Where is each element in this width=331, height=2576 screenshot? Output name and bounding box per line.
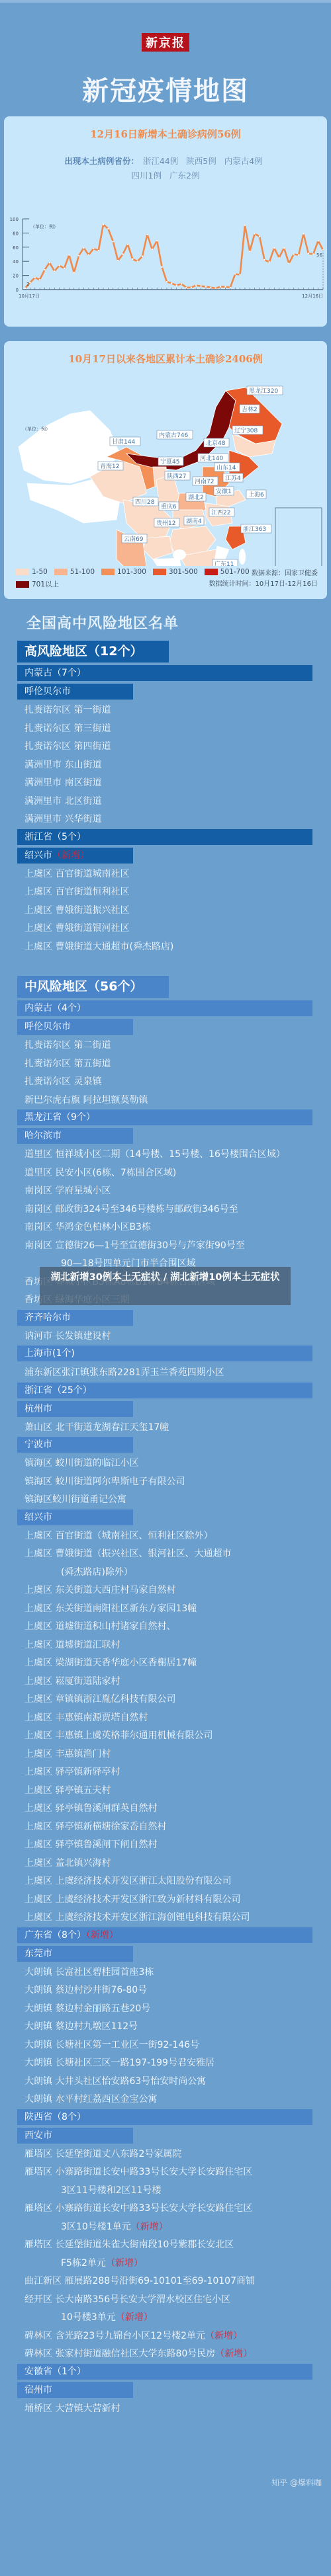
list-item: 扎赉诺尔区 第二街道 [17, 1037, 331, 1055]
area-name: 经开区 长大南路356号长安大学渭水校区住宅小区 [24, 2294, 230, 2305]
area-name: 大朗镇 大井头社区怡安路63号怡安时尚公寓 [24, 2076, 206, 2087]
svg-text:上海6: 上海6 [248, 491, 264, 499]
svg-text:（单位：例）: （单位：例） [30, 223, 58, 229]
area-name: 上虞区 驿亭镇新驿亭村 [24, 1767, 120, 1777]
province-count: 广东2例 [169, 171, 199, 181]
svg-text:江西22: 江西22 [211, 509, 230, 516]
legend-label: 701以上 [32, 579, 59, 589]
list-item: 经开区 长大南路356号长安大学渭水校区住宅小区10号楼3单元（新增） [17, 2291, 331, 2327]
list-item: 上虞区 上虞经济技术开发区浙江致为新材料有限公司 [17, 1891, 331, 1910]
svg-text:100: 100 [10, 217, 19, 222]
list-item: 埇桥区 大营镇大营新村 [17, 2400, 331, 2419]
list-item: 雁塔区 小寨路街道长安中路33号长安大学长安路住宅区3区10号楼1单元（新增） [17, 2200, 331, 2236]
svg-text:湖南4: 湖南4 [186, 517, 202, 525]
data-period-text: 数据统计时间：10月17日-12月16日 [209, 579, 318, 590]
svg-text:河南72: 河南72 [195, 477, 214, 485]
list-item: 上虞区 驿亭镇五夫村 [17, 1782, 331, 1800]
caption-overlay: 湖北新增30例本土无症状 / 湖北新增10例本土无症状 [40, 1267, 291, 1305]
province-header: 广东省（8个）（新增） [17, 1927, 312, 1943]
new-badge: （新增） [116, 2312, 153, 2323]
list-item: 新巴尔虎右旗 阿拉坦额莫勒镇 [17, 1092, 331, 1110]
svg-text:四川28: 四川28 [135, 499, 155, 506]
province-count: 内蒙古4例 [224, 156, 263, 166]
data-source: 数据来源：国家卫健委 数据统计时间：10月17日-12月16日 [209, 569, 318, 590]
area-name: 上虞区 东关街道南阳社区新东方家园13幢 [24, 1603, 197, 1614]
list-item: 南岗区 邮政街324号至346号楼栋与邮政街346号至 [17, 1201, 331, 1219]
svg-text:2: 2 [26, 282, 29, 287]
svg-text:青海12: 青海12 [100, 462, 119, 470]
svg-text:江苏4: 江苏4 [225, 474, 241, 482]
area-name: 上虞区 上虞经济技术开发区浙江海创锂电科技有限公司 [24, 1912, 250, 1923]
province-count: 四川1例 [132, 171, 162, 181]
area-name: 镇海区蛟川街道甬记公寓 [24, 1494, 126, 1505]
area-name: 镇海区 蛟川街道的临江小区 [24, 1458, 138, 1469]
list-item: 上虞区 丰惠镇上虞英格菲尔通用机械有限公司 [17, 1727, 331, 1746]
list-item: 上虞区 东关街道南阳社区新东方家园13幢 [17, 1600, 331, 1619]
map-label: 贵州12 [154, 518, 179, 527]
svg-text:80: 80 [13, 231, 19, 236]
city-header: 宁波市 [17, 1437, 133, 1453]
risk-area-list: 全国高中风险地区名单 高风险地区（12个）内蒙古（7个）呼伦贝尔市扎赉诺尔区 第… [0, 599, 331, 2511]
legend-item: 1-50 [16, 568, 48, 576]
area-name: 埇桥区 大营镇大营新村 [24, 2403, 120, 2414]
list-item: 上虞区 百官街道（城南社区、恒利社区除外） [17, 1527, 331, 1546]
new-badge: （新增） [205, 2331, 242, 2341]
province-count: 陕西5例 [186, 156, 216, 166]
area-name-continued: 3区11号楼和2区11号楼 [24, 2182, 331, 2200]
list-item: 大朗镇 长塘社区三区一路197-199号君安雅居 [17, 2054, 331, 2073]
legend-label: 51-100 [70, 568, 95, 576]
svg-text:湖北2: 湖北2 [188, 493, 204, 501]
svg-text:40: 40 [13, 259, 19, 264]
area-name: 满洲里市 东山街道 [24, 760, 101, 770]
list-item: 扎赉诺尔区 第四街道 [17, 738, 331, 756]
legend-label: 101-300 [117, 568, 146, 576]
list-item: 雁塔区 小寨路街道长安中路33号长安大学长安路住宅区3区11号楼和2区11号楼 [17, 2163, 331, 2200]
svg-text:贵州12: 贵州12 [156, 519, 175, 527]
area-name-continued: 10号楼3单元（新增） [24, 2309, 331, 2327]
area-name-continued: 3区10号楼1单元（新增） [24, 2218, 331, 2237]
list-item: 碑林区 含光路23号九锦台小区12号楼2单元（新增） [17, 2327, 331, 2346]
map-label: 辽宁308 [232, 426, 263, 434]
map-label: 河北140 [198, 454, 228, 462]
province-count: 浙江44例 [143, 156, 178, 166]
new-badge: （新增） [86, 1930, 118, 1941]
svg-text:内蒙古746: 内蒙古746 [159, 431, 188, 439]
province-header: 上海市(1个) [17, 1346, 312, 1361]
list-item: 满洲里市 东山街道 [17, 756, 331, 775]
list-item: 大朗镇 蔡边村沙井街76-80号 [17, 1982, 331, 2000]
list-item: 上虞区 曹娥街道（振兴社区、银河社区、大通超市(舜杰路店)除外） [17, 1545, 331, 1582]
data-source-text: 数据来源：国家卫健委 [209, 569, 318, 579]
area-name: 上虞区 百官街道城南社区 [24, 869, 129, 879]
province-header: 安徽省（1个） [17, 2364, 312, 2380]
map-label: 四川28 [133, 497, 158, 506]
list-item: 道里区 民安小区(6栋、7栋围合区域) [17, 1164, 331, 1183]
list-item: 上虞区 曹娥街道大通超市(舜杰路店) [17, 938, 331, 957]
list-item: 上虞区 曹娥街道银河社区 [17, 920, 331, 938]
section-gap [17, 956, 331, 976]
legend-swatch [54, 569, 68, 575]
svg-text:云南69: 云南69 [124, 535, 144, 543]
svg-text:10月17日: 10月17日 [19, 294, 40, 299]
city-header: 绍兴市 [17, 1509, 133, 1525]
list-item: 浦东新区张江镇张东路2281弄玉兰香苑四期小区 [17, 1364, 331, 1383]
map-label: 山东14 [214, 463, 240, 471]
city-header: 杭州市 [17, 1401, 133, 1417]
area-name: 上虞区 曹娥街道大通超市(舜杰路店) [24, 942, 173, 952]
area-name: 萧山区 北干街道龙湖春江天玺17幢 [24, 1422, 169, 1433]
cumulative-map-title: 10月17日以来各地区累计本土确诊2406例 [4, 341, 327, 366]
province-breakdown-label: 出现本土病例省份： [64, 156, 139, 166]
high-risk-header: 高风险地区（12个） [17, 641, 169, 663]
map-label: 甘肃144 [110, 437, 140, 446]
list-item: 上虞区 丰惠镇渔门村 [17, 1746, 331, 1764]
svg-text:0: 0 [16, 288, 19, 293]
area-name: 大朗镇 蔡边村沙井街76-80号 [24, 1985, 147, 1995]
map-label: 江苏4 [223, 473, 243, 482]
map-label: 湖北2 [186, 493, 206, 501]
area-name: 新巴尔虎右旗 阿拉坦额莫勒镇 [24, 1095, 148, 1106]
list-item: 扎赉诺尔区 灵泉镇 [17, 1073, 331, 1092]
map-label: 内蒙古746 [157, 430, 193, 439]
bottom-space [17, 2418, 331, 2511]
list-item: 上虞区 道墟街道汇联村 [17, 1636, 331, 1655]
list-item: 上虞区 道墟街道积山村诸家自然村、 [17, 1618, 331, 1636]
map-label: 吉林2 [240, 405, 260, 413]
area-name: 道里区 民安小区(6栋、7栋围合区域) [24, 1168, 176, 1178]
area-name: 大朗镇 水平村红荔西区金宝公寓 [24, 2094, 157, 2105]
area-name: 上虞区 驿亭镇五夫村 [24, 1785, 111, 1796]
legend-item: 301-500 [153, 568, 198, 576]
area-name: 上虞区 百官街道恒利社区 [24, 887, 129, 897]
area-name: 满洲里市 南区街道 [24, 778, 101, 788]
area-name: 碑林区 张家村街道融信社区大学东路80号民房 [24, 2349, 215, 2359]
area-name: 上虞区 驿亭镇鲁溪闸下闸自然村 [24, 1839, 157, 1850]
area-name: 雁塔区 长延堡街道朱雀大街南段10号紫郡长安北区 [24, 2239, 234, 2250]
mid-risk-section: 中风险地区（56个）内蒙古（4个）呼伦贝尔市扎赉诺尔区 第二街道扎赉诺尔区 第五… [17, 976, 331, 2418]
list-item: 大朗镇 蔡边村金丽路五巷20号 [17, 2000, 331, 2019]
map-label: 黑龙江320 [247, 386, 283, 395]
list-item: 大朗镇 大井头社区怡安路63号怡安时尚公寓 [17, 2073, 331, 2091]
brand-wrap: 新京报 [0, 3, 331, 50]
area-name: 上虞区 曹娥街道振兴社区 [24, 905, 129, 916]
map-region [143, 536, 173, 559]
area-name: 扎赉诺尔区 第二街道 [24, 1040, 111, 1051]
area-name: 满洲里市 兴华街道 [24, 814, 101, 825]
area-name: 上虞区 丰惠镇渔门村 [24, 1749, 111, 1759]
area-name: 扎赉诺尔区 第四街道 [24, 741, 111, 752]
area-name: 大朗镇 蔡边村金丽路五巷20号 [24, 2003, 150, 2014]
svg-text:北京48: 北京48 [206, 439, 226, 447]
area-name: 上虞区 丰惠镇上虞英格菲尔通用机械有限公司 [24, 1730, 213, 1741]
map-label: 广东11 [213, 559, 238, 566]
svg-text:陕西27: 陕西27 [167, 472, 186, 480]
list-item: 扎赉诺尔区 第五街道 [17, 1055, 331, 1074]
mid-risk-header: 中风险地区（56个） [17, 976, 169, 998]
map-label: 北京48 [204, 438, 229, 447]
svg-text:安徽1: 安徽1 [216, 487, 232, 495]
legend-item: 701以上 [16, 579, 59, 589]
area-name: 大朗镇 长塘社区三区一路197-199号君安雅居 [24, 2058, 214, 2068]
province-header: 黑龙江省（9个） [17, 1109, 312, 1125]
legend-item: 51-100 [54, 568, 95, 576]
list-item: 讷河市 长发镇建设村 [17, 1328, 331, 1346]
legend-item: 101-300 [101, 568, 146, 576]
risk-list-title: 全国高中风险地区名单 [26, 612, 331, 633]
high-risk-section: 高风险地区（12个）内蒙古（7个）呼伦贝尔市扎赉诺尔区 第一街道扎赉诺尔区 第三… [17, 641, 331, 956]
map-label: 浙江363 [241, 524, 271, 533]
area-name: 上虞区 上虞经济技术开发区浙江致为新材料有限公司 [24, 1894, 240, 1905]
area-name: 上虞区 上虞经济技术开发区浙江太阳股份有限公司 [24, 1876, 231, 1886]
watermark: 知乎 @爆料咖 [271, 2477, 322, 2488]
area-name: 大朗镇 长富社区碧桂园首座3栋 [24, 1967, 154, 1978]
city-header: 宿州市 [17, 2382, 133, 2398]
area-name: 上虞区 章镇镇浙江胤亿科技有限公司 [24, 1694, 175, 1705]
area-name: 上虞区 梁湖街道天香华庭小区香榭居17幢 [24, 1658, 197, 1668]
list-item: 曲江新区 雁展路288号沿街69-10101至69-10107商铺 [17, 2273, 331, 2291]
city-header: 东莞市 [17, 1946, 133, 1962]
province-breakdown: 出现本土病例省份：浙江44例陕西5例内蒙古4例 四川1例广东2例 [4, 154, 327, 183]
city-header: 西安市 [17, 2128, 133, 2144]
list-item: 满洲里市 兴华街道 [17, 811, 331, 829]
province-header: 浙江省（25个） [17, 1383, 312, 1398]
svg-text:20: 20 [13, 274, 19, 279]
area-name: 上虞区 曹娥街道（振兴社区、银河社区、大通超市 [24, 1549, 231, 1559]
area-name: 上虞区 东关街道大西庄村马家自然村 [24, 1585, 175, 1595]
list-item: 上虞区 驿亭镇新横塘徐家岙自然村 [17, 1818, 331, 1837]
area-name-continued: (舜杰路店)除外） [24, 1564, 331, 1582]
map-label: 安徽1 [214, 487, 234, 495]
svg-text:（单位：例）: （单位：例） [23, 426, 50, 432]
area-name: 上虞区 丰惠镇南源贾塔自然村 [24, 1712, 148, 1723]
new-badge: （新增） [131, 2222, 168, 2232]
map-label: 河南72 [193, 477, 218, 485]
area-name: 道里区 恒祥城小区二期（14号楼、15号楼、16号楼围合区域） [24, 1149, 285, 1160]
list-item: 上虞区 驿亭镇鲁溪闸下闸自然村 [17, 1836, 331, 1855]
svg-text:河北140: 河北140 [200, 454, 223, 462]
list-item: 满洲里市 北区街道 [17, 793, 331, 811]
legend-label: 1-50 [32, 568, 48, 576]
svg-text:黑龙江320: 黑龙江320 [249, 387, 278, 395]
list-item: 上虞区 章镇镇浙江胤亿科技有限公司 [17, 1691, 331, 1709]
map-legend-row2: 701以上 [16, 579, 66, 589]
area-name: 讷河市 长发镇建设村 [24, 1331, 111, 1342]
area-name: 扎赉诺尔区 灵泉镇 [24, 1076, 101, 1087]
map-label: 青海12 [98, 462, 123, 470]
legend-label: 301-500 [169, 568, 198, 576]
area-name: 扎赉诺尔区 第三街道 [24, 723, 111, 734]
legend-swatch [16, 569, 29, 575]
list-item: 上虞区 上虞经济技术开发区浙江太阳股份有限公司 [17, 1872, 331, 1891]
area-name: 扎赉诺尔区 第五街道 [24, 1059, 111, 1069]
area-name: 南岗区 邮政街324号至346号楼栋与邮政街346号至 [24, 1204, 238, 1215]
map-label: 重庆6 [159, 502, 179, 510]
svg-text:辽宁308: 辽宁308 [234, 426, 258, 434]
svg-text:宁夏45: 宁夏45 [160, 458, 179, 465]
area-name: 曲江新区 雁展路288号沿街69-10101至69-10107商铺 [24, 2276, 255, 2286]
china-choropleth-map: （单位：例）黑龙江320吉林2辽宁308内蒙古746甘肃144北京48宁夏45河… [4, 368, 327, 566]
list-item: 上虞区 梁湖街道天香华庭小区香榭居17幢 [17, 1654, 331, 1673]
svg-text:浙江363: 浙江363 [243, 525, 266, 533]
area-name: 上虞区 道墟街道汇联村 [24, 1640, 120, 1650]
area-name: 南岗区 学府星城小区 [24, 1186, 111, 1196]
city-header: 呼伦贝尔市 [17, 1019, 133, 1035]
list-item: 雁塔区 长延堡街道丈八东路2号家属院 [17, 2146, 331, 2164]
province-header: 内蒙古（4个） [17, 1000, 312, 1016]
list-item: 上虞区 驿亭镇鲁溪闸群英自然村 [17, 1800, 331, 1818]
list-item: 大朗镇 长塘社区第一工业区一街92-146号 [17, 2036, 331, 2055]
daily-cases-panel: 12月16日新增本土确诊病例56例 出现本土病例省份：浙江44例陕西5例内蒙古4… [4, 116, 327, 327]
legend-swatch [16, 581, 29, 588]
list-item: 扎赉诺尔区 第三街道 [17, 720, 331, 739]
area-name: 雁塔区 小寨路街道长安中路33号长安大学长安路住宅区 [24, 2167, 252, 2177]
map-label: 上海6 [246, 490, 266, 499]
city-header: 齐齐哈尔市 [17, 1310, 133, 1326]
list-item: 大朗镇 水平村红荔西区金宝公寓 [17, 2091, 331, 2109]
list-item: 上虞区 百官街道恒利社区 [17, 883, 331, 902]
daily-cases-title: 12月16日新增本土确诊病例56例 [4, 116, 327, 141]
area-name: 南岗区 华鸿金色柏林小区B3栋 [24, 1222, 151, 1232]
area-name: 上虞区 驿亭镇新横塘徐家岙自然村 [24, 1822, 166, 1832]
province-header: 浙江省（5个） [17, 829, 312, 845]
daily-cases-line-chart: 020406080100（单位：例）25610月17日12月16日 [4, 209, 327, 302]
list-item: 道里区 恒祥城小区二期（14号楼、15号楼、16号楼围合区域） [17, 1146, 331, 1164]
map-label: 江西22 [209, 508, 234, 516]
map-label: 宁夏45 [158, 457, 183, 465]
area-name: 扎赉诺尔区 第一街道 [24, 705, 111, 715]
list-item: 碑林区 张家村街道融信社区大学东路80号民房（新增） [17, 2345, 331, 2364]
list-item: 上虞区 崧厦街道陆家村 [17, 1673, 331, 1691]
new-badge: （新增） [215, 2349, 252, 2359]
city-header: 哈尔滨市 [17, 1128, 133, 1144]
list-item: 雁塔区 长延堡街道朱雀大街南段10号紫郡长安北区F5栋2单元（新增） [17, 2236, 331, 2273]
area-name: 浦东新区张江镇张东路2281弄玉兰香苑四期小区 [24, 1367, 224, 1378]
list-item: 镇海区 蛟川街道的临江小区 [17, 1455, 331, 1473]
list-item: 上虞区 丰惠镇南源贾塔自然村 [17, 1709, 331, 1728]
area-name: 大朗镇 长塘社区第一工业区一街92-146号 [24, 2040, 199, 2050]
list-item: 上虞区 驿亭镇新驿亭村 [17, 1763, 331, 1782]
new-badge: （新增） [52, 850, 89, 861]
list-item: 镇海区蛟川街道甬记公寓 [17, 1491, 331, 1509]
province-header: 内蒙古（7个） [17, 665, 312, 681]
list-item: 满洲里市 南区街道 [17, 774, 331, 793]
area-name: 上虞区 道墟街道积山村诸家自然村、 [24, 1621, 175, 1632]
svg-text:吉林2: 吉林2 [242, 405, 258, 413]
area-name: 南岗区 宣德街26—1号至宣德街30号与芦家街90号至 [24, 1240, 245, 1251]
province-header: 陕西省（8个） [17, 2109, 312, 2125]
new-badge: （新增） [106, 2258, 143, 2269]
list-item: 上虞区 百官街道城南社区 [17, 865, 331, 884]
area-name-continued: F5栋2单元（新增） [24, 2255, 331, 2273]
svg-text:山东14: 山东14 [216, 463, 236, 471]
list-item: 上虞区 上虞经济技术开发区浙江海创锂电科技有限公司 [17, 1909, 331, 1927]
list-item: 南岗区 学府星城小区 [17, 1182, 331, 1201]
list-item: 上虞区 东关街道大西庄村马家自然村 [17, 1582, 331, 1600]
area-name: 上虞区 曹娥街道银河社区 [24, 923, 129, 934]
area-name: 雁塔区 小寨路街道长安中路33号长安大学长安路住宅区 [24, 2203, 252, 2214]
list-item: 上虞区 盖北镇兴海村 [17, 1855, 331, 1873]
list-item: 萧山区 北干街道龙湖春江天玺17幢 [17, 1419, 331, 1437]
area-name: 满洲里市 北区街道 [24, 796, 101, 807]
svg-text:56: 56 [316, 253, 322, 258]
area-name: 上虞区 百官街道（城南社区、恒利社区除外） [24, 1531, 213, 1541]
brand-logo: 新京报 [142, 33, 189, 52]
legend-swatch [153, 569, 166, 575]
map-label: 陕西27 [165, 471, 190, 480]
area-name: 上虞区 崧厦街道陆家村 [24, 1676, 120, 1687]
area-name: 镇海区 蛟川街道阿尔卑斯电子有限公司 [24, 1476, 185, 1487]
list-item: 镇海区 蛟川街道阿尔卑斯电子有限公司 [17, 1473, 331, 1492]
svg-text:广东11: 广东11 [214, 560, 234, 566]
list-item: 扎赉诺尔区 第一街道 [17, 702, 331, 720]
svg-text:甘肃144: 甘肃144 [112, 438, 135, 446]
legend-swatch [101, 569, 115, 575]
list-item: 南岗区 华鸿金色柏林小区B3栋 [17, 1219, 331, 1237]
list-item: 大朗镇 蔡边村九墩区112号 [17, 2018, 331, 2036]
area-name: 雁塔区 长延堡街道丈八东路2号家属院 [24, 2149, 181, 2159]
list-item: 上虞区 曹娥街道振兴社区 [17, 902, 331, 920]
area-name: 碑林区 含光路23号九锦台小区12号楼2单元 [24, 2331, 205, 2341]
area-name: 上虞区 盖北镇兴海村 [24, 1858, 111, 1869]
cumulative-map-panel: 10月17日以来各地区累计本土确诊2406例 （单位：例）黑龙江320吉林2辽宁… [4, 341, 327, 599]
svg-text:60: 60 [13, 245, 19, 251]
area-name: 上虞区 驿亭镇鲁溪闸群英自然村 [24, 1803, 157, 1814]
city-header: 呼伦贝尔市 [17, 684, 133, 700]
list-item: 大朗镇 长富社区碧桂园首座3栋 [17, 1964, 331, 1982]
city-header: 绍兴市（新增） [17, 848, 133, 864]
page-title: 新冠疫情地图 [0, 70, 331, 116]
svg-text:12月16日: 12月16日 [302, 294, 323, 299]
map-label: 云南69 [122, 534, 147, 543]
svg-text:重庆6: 重庆6 [161, 503, 177, 510]
area-name: 大朗镇 蔡边村九墩区112号 [24, 2021, 138, 2032]
map-label: 湖南4 [184, 516, 204, 525]
